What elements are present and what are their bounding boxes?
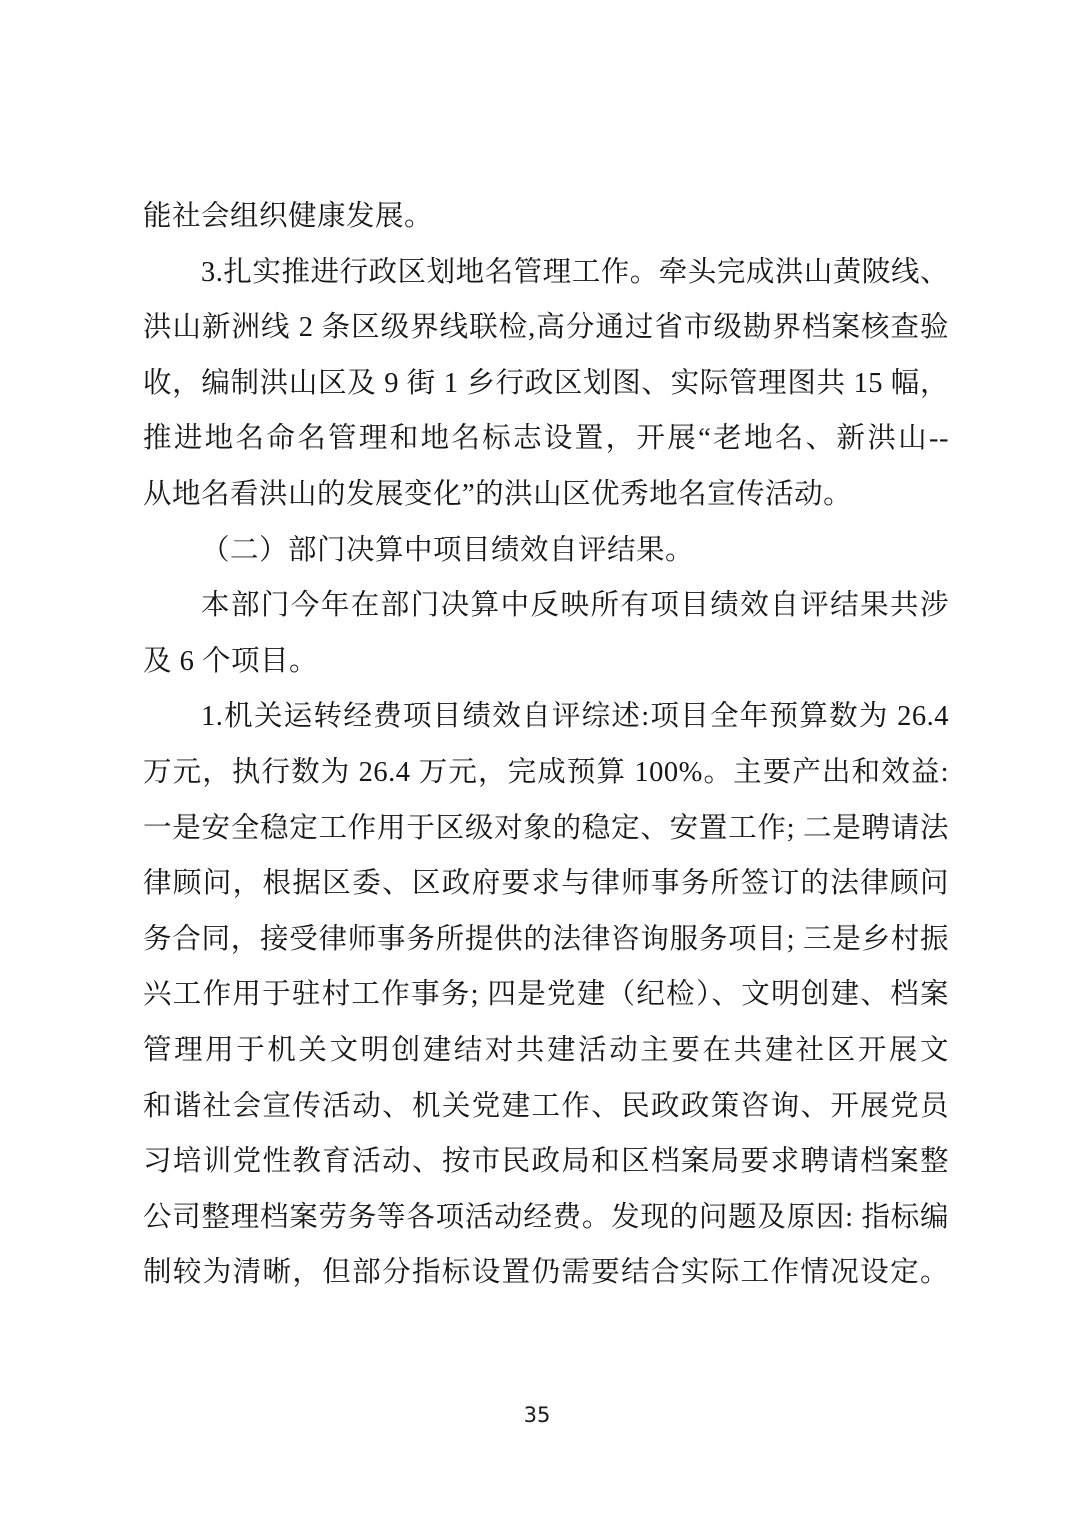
page-number: 35	[0, 1400, 1074, 1430]
text-line: 及 6 个项目。	[143, 634, 949, 690]
text-line: 务合同，接受律师事务所提供的法律咨询服务项目; 三是乡村振	[143, 912, 949, 968]
text-line: 推进地名命名管理和地名标志设置，开展“老地名、新洪山--	[143, 411, 949, 467]
text-line: 本部门今年在部门决算中反映所有项目绩效自评结果共涉	[143, 578, 949, 634]
text-line: 3.扎实推进行政区划地名管理工作。牵头完成洪山黄陂线、	[143, 245, 949, 301]
section-heading: （二）部门决算中项目绩效自评结果。	[143, 523, 949, 579]
text-line: 能社会组织健康发展。	[143, 189, 949, 245]
text-line: 1.机关运转经费项目绩效自评综述:项目全年预算数为 26.4	[143, 689, 949, 745]
text-line: 公司整理档案劳务等各项活动经费。发现的问题及原因: 指标编	[143, 1190, 949, 1246]
document-body: 能社会组织健康发展。 3.扎实推进行政区划地名管理工作。牵头完成洪山黄陂线、 洪…	[143, 189, 949, 1301]
text-line: 万元，执行数为 26.4 万元，完成预算 100%。主要产出和效益:	[143, 745, 949, 801]
text-line: 制较为清晰，但部分指标设置仍需要结合实际工作情况设定。下	[143, 1245, 949, 1301]
text-line: 管理用于机关文明创建结对共建活动主要在共建社区开展文明、	[143, 1023, 949, 1079]
document-page: 能社会组织健康发展。 3.扎实推进行政区划地名管理工作。牵头完成洪山黄陂线、 洪…	[0, 0, 1074, 1520]
text-line: 一是安全稳定工作用于区级对象的稳定、安置工作; 二是聘请法	[143, 801, 949, 857]
text-line: 收，编制洪山区及 9 街 1 乡行政区划图、实际管理图共 15 幅，	[143, 356, 949, 412]
text-line: 和谐社会宣传活动、机关党建工作、民政政策咨询、开展党员学	[143, 1079, 949, 1135]
text-line: 习培训党性教育活动、按市民政局和区档案局要求聘请档案整理	[143, 1134, 949, 1190]
text-line: 律顾问，根据区委、区政府要求与律师事务所签订的法律顾问服	[143, 856, 949, 912]
text-line: 兴工作用于驻村工作事务; 四是党建（纪检）、文明创建、档案	[143, 967, 949, 1023]
text-line: 从地名看洪山的发展变化”的洪山区优秀地名宣传活动。	[143, 467, 949, 523]
text-line: 洪山新洲线 2 条区级界线联检,高分通过省市级勘界档案核查验	[143, 300, 949, 356]
